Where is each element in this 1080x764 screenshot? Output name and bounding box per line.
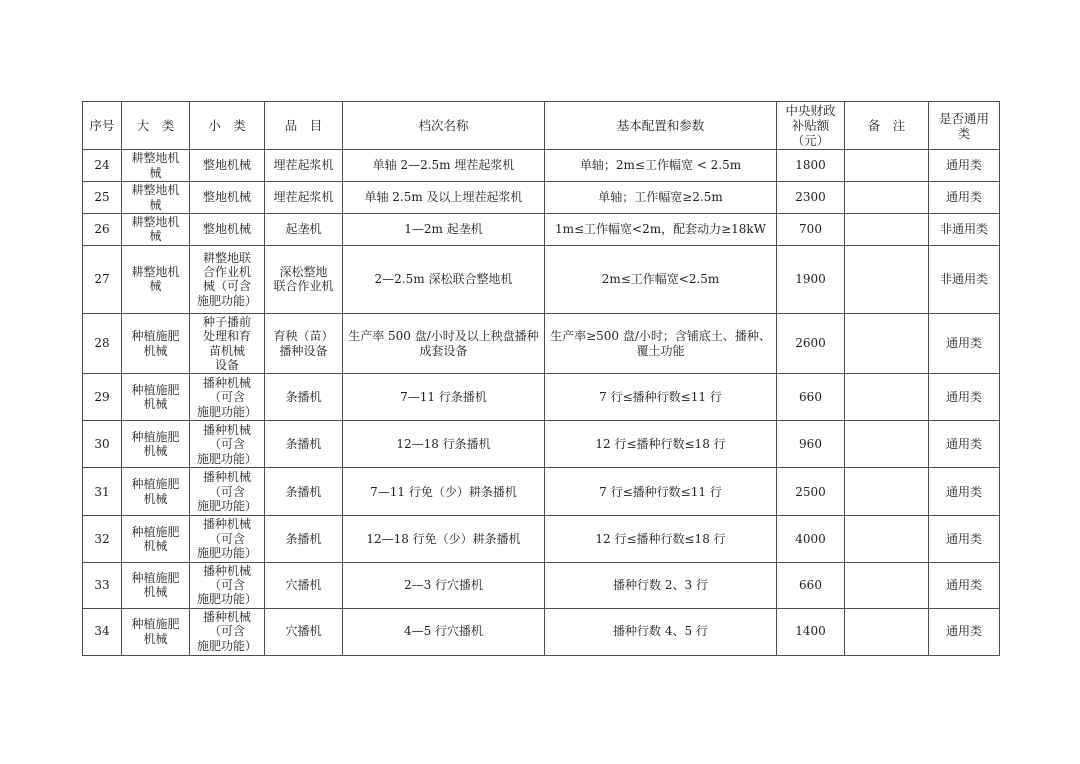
- cell-item: 条播机: [265, 421, 343, 468]
- cell-grade-name: 2—2.5m 深松联合整地机: [343, 245, 545, 313]
- cell-basic-config: 12 行≤播种行数≤18 行: [545, 516, 777, 562]
- cell-minor-category: 整地机械: [190, 214, 265, 246]
- table-body: 24 耕整地机 械 整地机械 埋茬起浆机 单轴 2—2.5m 埋茬起浆机 单轴；…: [83, 150, 1000, 656]
- cell-major-category: 种植施肥 机械: [122, 421, 190, 468]
- cell-general-type: 通用类: [929, 421, 1000, 468]
- cell-subsidy-amount: 1900: [777, 245, 845, 313]
- column-header-basic-config: 基本配置和参数: [545, 102, 777, 150]
- table-row: 34 种植施肥 机械 播种机械 （可含 施肥功能） 穴播机 4—5 行穴播机 播…: [83, 608, 1000, 655]
- table-row: 32 种植施肥 机械 播种机械 （可含 施肥功能） 条播机 12—18 行免（少…: [83, 516, 1000, 562]
- cell-subsidy-amount: 4000: [777, 516, 845, 562]
- column-header-grade-name: 档次名称: [343, 102, 545, 150]
- cell-basic-config: 播种行数 4、5 行: [545, 608, 777, 655]
- cell-general-type: 通用类: [929, 608, 1000, 655]
- cell-grade-name: 12—18 行免（少）耕条播机: [343, 516, 545, 562]
- cell-major-category: 种植施肥 机械: [122, 468, 190, 516]
- cell-general-type: 通用类: [929, 562, 1000, 608]
- cell-number: 32: [83, 516, 122, 562]
- cell-basic-config: 1m≤工作幅宽<2m，配套动力≥18kW: [545, 214, 777, 246]
- cell-minor-category: 播种机械 （可含 施肥功能）: [190, 562, 265, 608]
- cell-subsidy-amount: 660: [777, 374, 845, 421]
- cell-subsidy-amount: 700: [777, 214, 845, 246]
- cell-subsidy-amount: 960: [777, 421, 845, 468]
- cell-major-category: 种植施肥 机械: [122, 313, 190, 374]
- cell-basic-config: 单轴；工作幅宽≥2.5m: [545, 182, 777, 214]
- column-header-remarks: 备 注: [845, 102, 929, 150]
- cell-number: 24: [83, 150, 122, 182]
- cell-item: 埋茬起浆机: [265, 182, 343, 214]
- cell-general-type: 通用类: [929, 516, 1000, 562]
- column-header-major-category: 大 类: [122, 102, 190, 150]
- cell-remarks: [845, 150, 929, 182]
- cell-minor-category: 播种机械 （可含 施肥功能）: [190, 516, 265, 562]
- table-row: 29 种植施肥 机械 播种机械 （可含 施肥功能） 条播机 7—11 行条播机 …: [83, 374, 1000, 421]
- column-header-general-type: 是否通用 类: [929, 102, 1000, 150]
- table-row: 31 种植施肥 机械 播种机械 （可含 施肥功能） 条播机 7—11 行免（少）…: [83, 468, 1000, 516]
- column-header-number: 序号: [83, 102, 122, 150]
- cell-item: 穴播机: [265, 562, 343, 608]
- cell-item: 埋茬起浆机: [265, 150, 343, 182]
- cell-grade-name: 4—5 行穴播机: [343, 608, 545, 655]
- cell-number: 27: [83, 245, 122, 313]
- cell-item: 深松整地 联合作业机: [265, 245, 343, 313]
- cell-minor-category: 播种机械 （可含 施肥功能）: [190, 421, 265, 468]
- cell-general-type: 通用类: [929, 374, 1000, 421]
- cell-subsidy-amount: 660: [777, 562, 845, 608]
- table-header: 序号 大 类 小 类 品 目 档次名称 基本配置和参数 中央财政 补贴额 （元）…: [83, 102, 1000, 150]
- cell-major-category: 种植施肥 机械: [122, 516, 190, 562]
- cell-subsidy-amount: 1400: [777, 608, 845, 655]
- table-row: 27 耕整地机 械 耕整地联 合作业机 械（可含 施肥功能） 深松整地 联合作业…: [83, 245, 1000, 313]
- document-page: 序号 大 类 小 类 品 目 档次名称 基本配置和参数 中央财政 补贴额 （元）…: [0, 0, 1080, 764]
- cell-remarks: [845, 468, 929, 516]
- cell-number: 33: [83, 562, 122, 608]
- cell-general-type: 通用类: [929, 313, 1000, 374]
- cell-number: 26: [83, 214, 122, 246]
- table-row: 24 耕整地机 械 整地机械 埋茬起浆机 单轴 2—2.5m 埋茬起浆机 单轴；…: [83, 150, 1000, 182]
- cell-number: 25: [83, 182, 122, 214]
- table-row: 33 种植施肥 机械 播种机械 （可含 施肥功能） 穴播机 2—3 行穴播机 播…: [83, 562, 1000, 608]
- cell-basic-config: 7 行≤播种行数≤11 行: [545, 468, 777, 516]
- cell-basic-config: 2m≤工作幅宽<2.5m: [545, 245, 777, 313]
- cell-number: 30: [83, 421, 122, 468]
- cell-general-type: 通用类: [929, 468, 1000, 516]
- cell-remarks: [845, 245, 929, 313]
- cell-item: 条播机: [265, 516, 343, 562]
- cell-major-category: 种植施肥 机械: [122, 608, 190, 655]
- cell-number: 29: [83, 374, 122, 421]
- column-header-subsidy-amount: 中央财政 补贴额 （元）: [777, 102, 845, 150]
- table-row: 25 耕整地机 械 整地机械 埋茬起浆机 单轴 2.5m 及以上埋茬起浆机 单轴…: [83, 182, 1000, 214]
- cell-grade-name: 1—2m 起垄机: [343, 214, 545, 246]
- cell-minor-category: 种子播前 处理和育 苗机械 设备: [190, 313, 265, 374]
- cell-subsidy-amount: 2500: [777, 468, 845, 516]
- cell-item: 穴播机: [265, 608, 343, 655]
- cell-major-category: 耕整地机 械: [122, 150, 190, 182]
- cell-remarks: [845, 562, 929, 608]
- cell-general-type: 通用类: [929, 182, 1000, 214]
- machinery-subsidy-table: 序号 大 类 小 类 品 目 档次名称 基本配置和参数 中央财政 补贴额 （元）…: [82, 101, 1000, 656]
- cell-number: 31: [83, 468, 122, 516]
- cell-remarks: [845, 516, 929, 562]
- cell-number: 34: [83, 608, 122, 655]
- cell-grade-name: 12—18 行条播机: [343, 421, 545, 468]
- table-row: 26 耕整地机 械 整地机械 起垄机 1—2m 起垄机 1m≤工作幅宽<2m，配…: [83, 214, 1000, 246]
- cell-remarks: [845, 421, 929, 468]
- cell-basic-config: 7 行≤播种行数≤11 行: [545, 374, 777, 421]
- cell-item: 起垄机: [265, 214, 343, 246]
- cell-item: 条播机: [265, 468, 343, 516]
- cell-remarks: [845, 182, 929, 214]
- cell-grade-name: 7—11 行免（少）耕条播机: [343, 468, 545, 516]
- column-header-minor-category: 小 类: [190, 102, 265, 150]
- cell-grade-name: 单轴 2—2.5m 埋茬起浆机: [343, 150, 545, 182]
- cell-major-category: 耕整地机 械: [122, 214, 190, 246]
- cell-subsidy-amount: 2600: [777, 313, 845, 374]
- cell-basic-config: 12 行≤播种行数≤18 行: [545, 421, 777, 468]
- cell-remarks: [845, 608, 929, 655]
- cell-number: 28: [83, 313, 122, 374]
- cell-basic-config: 单轴；2m≤工作幅宽 < 2.5m: [545, 150, 777, 182]
- cell-minor-category: 播种机械 （可含 施肥功能）: [190, 608, 265, 655]
- cell-basic-config: 播种行数 2、3 行: [545, 562, 777, 608]
- cell-major-category: 耕整地机 械: [122, 182, 190, 214]
- cell-major-category: 种植施肥 机械: [122, 562, 190, 608]
- cell-item: 条播机: [265, 374, 343, 421]
- table-row: 30 种植施肥 机械 播种机械 （可含 施肥功能） 条播机 12—18 行条播机…: [83, 421, 1000, 468]
- cell-general-type: 非通用类: [929, 245, 1000, 313]
- column-header-item: 品 目: [265, 102, 343, 150]
- cell-remarks: [845, 313, 929, 374]
- cell-subsidy-amount: 2300: [777, 182, 845, 214]
- cell-remarks: [845, 214, 929, 246]
- cell-minor-category: 耕整地联 合作业机 械（可含 施肥功能）: [190, 245, 265, 313]
- cell-grade-name: 单轴 2.5m 及以上埋茬起浆机: [343, 182, 545, 214]
- cell-grade-name: 生产率 500 盘/小时及以上秧盘播种 成套设备: [343, 313, 545, 374]
- cell-major-category: 耕整地机 械: [122, 245, 190, 313]
- cell-major-category: 种植施肥 机械: [122, 374, 190, 421]
- cell-minor-category: 整地机械: [190, 150, 265, 182]
- cell-minor-category: 整地机械: [190, 182, 265, 214]
- cell-subsidy-amount: 1800: [777, 150, 845, 182]
- cell-grade-name: 2—3 行穴播机: [343, 562, 545, 608]
- cell-remarks: [845, 374, 929, 421]
- header-row: 序号 大 类 小 类 品 目 档次名称 基本配置和参数 中央财政 补贴额 （元）…: [83, 102, 1000, 150]
- cell-general-type: 非通用类: [929, 214, 1000, 246]
- table-row: 28 种植施肥 机械 种子播前 处理和育 苗机械 设备 育秧（苗） 播种设备 生…: [83, 313, 1000, 374]
- cell-grade-name: 7—11 行条播机: [343, 374, 545, 421]
- cell-minor-category: 播种机械 （可含 施肥功能）: [190, 374, 265, 421]
- cell-minor-category: 播种机械 （可含 施肥功能）: [190, 468, 265, 516]
- cell-general-type: 通用类: [929, 150, 1000, 182]
- cell-item: 育秧（苗） 播种设备: [265, 313, 343, 374]
- cell-basic-config: 生产率≥500 盘/小时；含铺底土、播种、 覆土功能: [545, 313, 777, 374]
